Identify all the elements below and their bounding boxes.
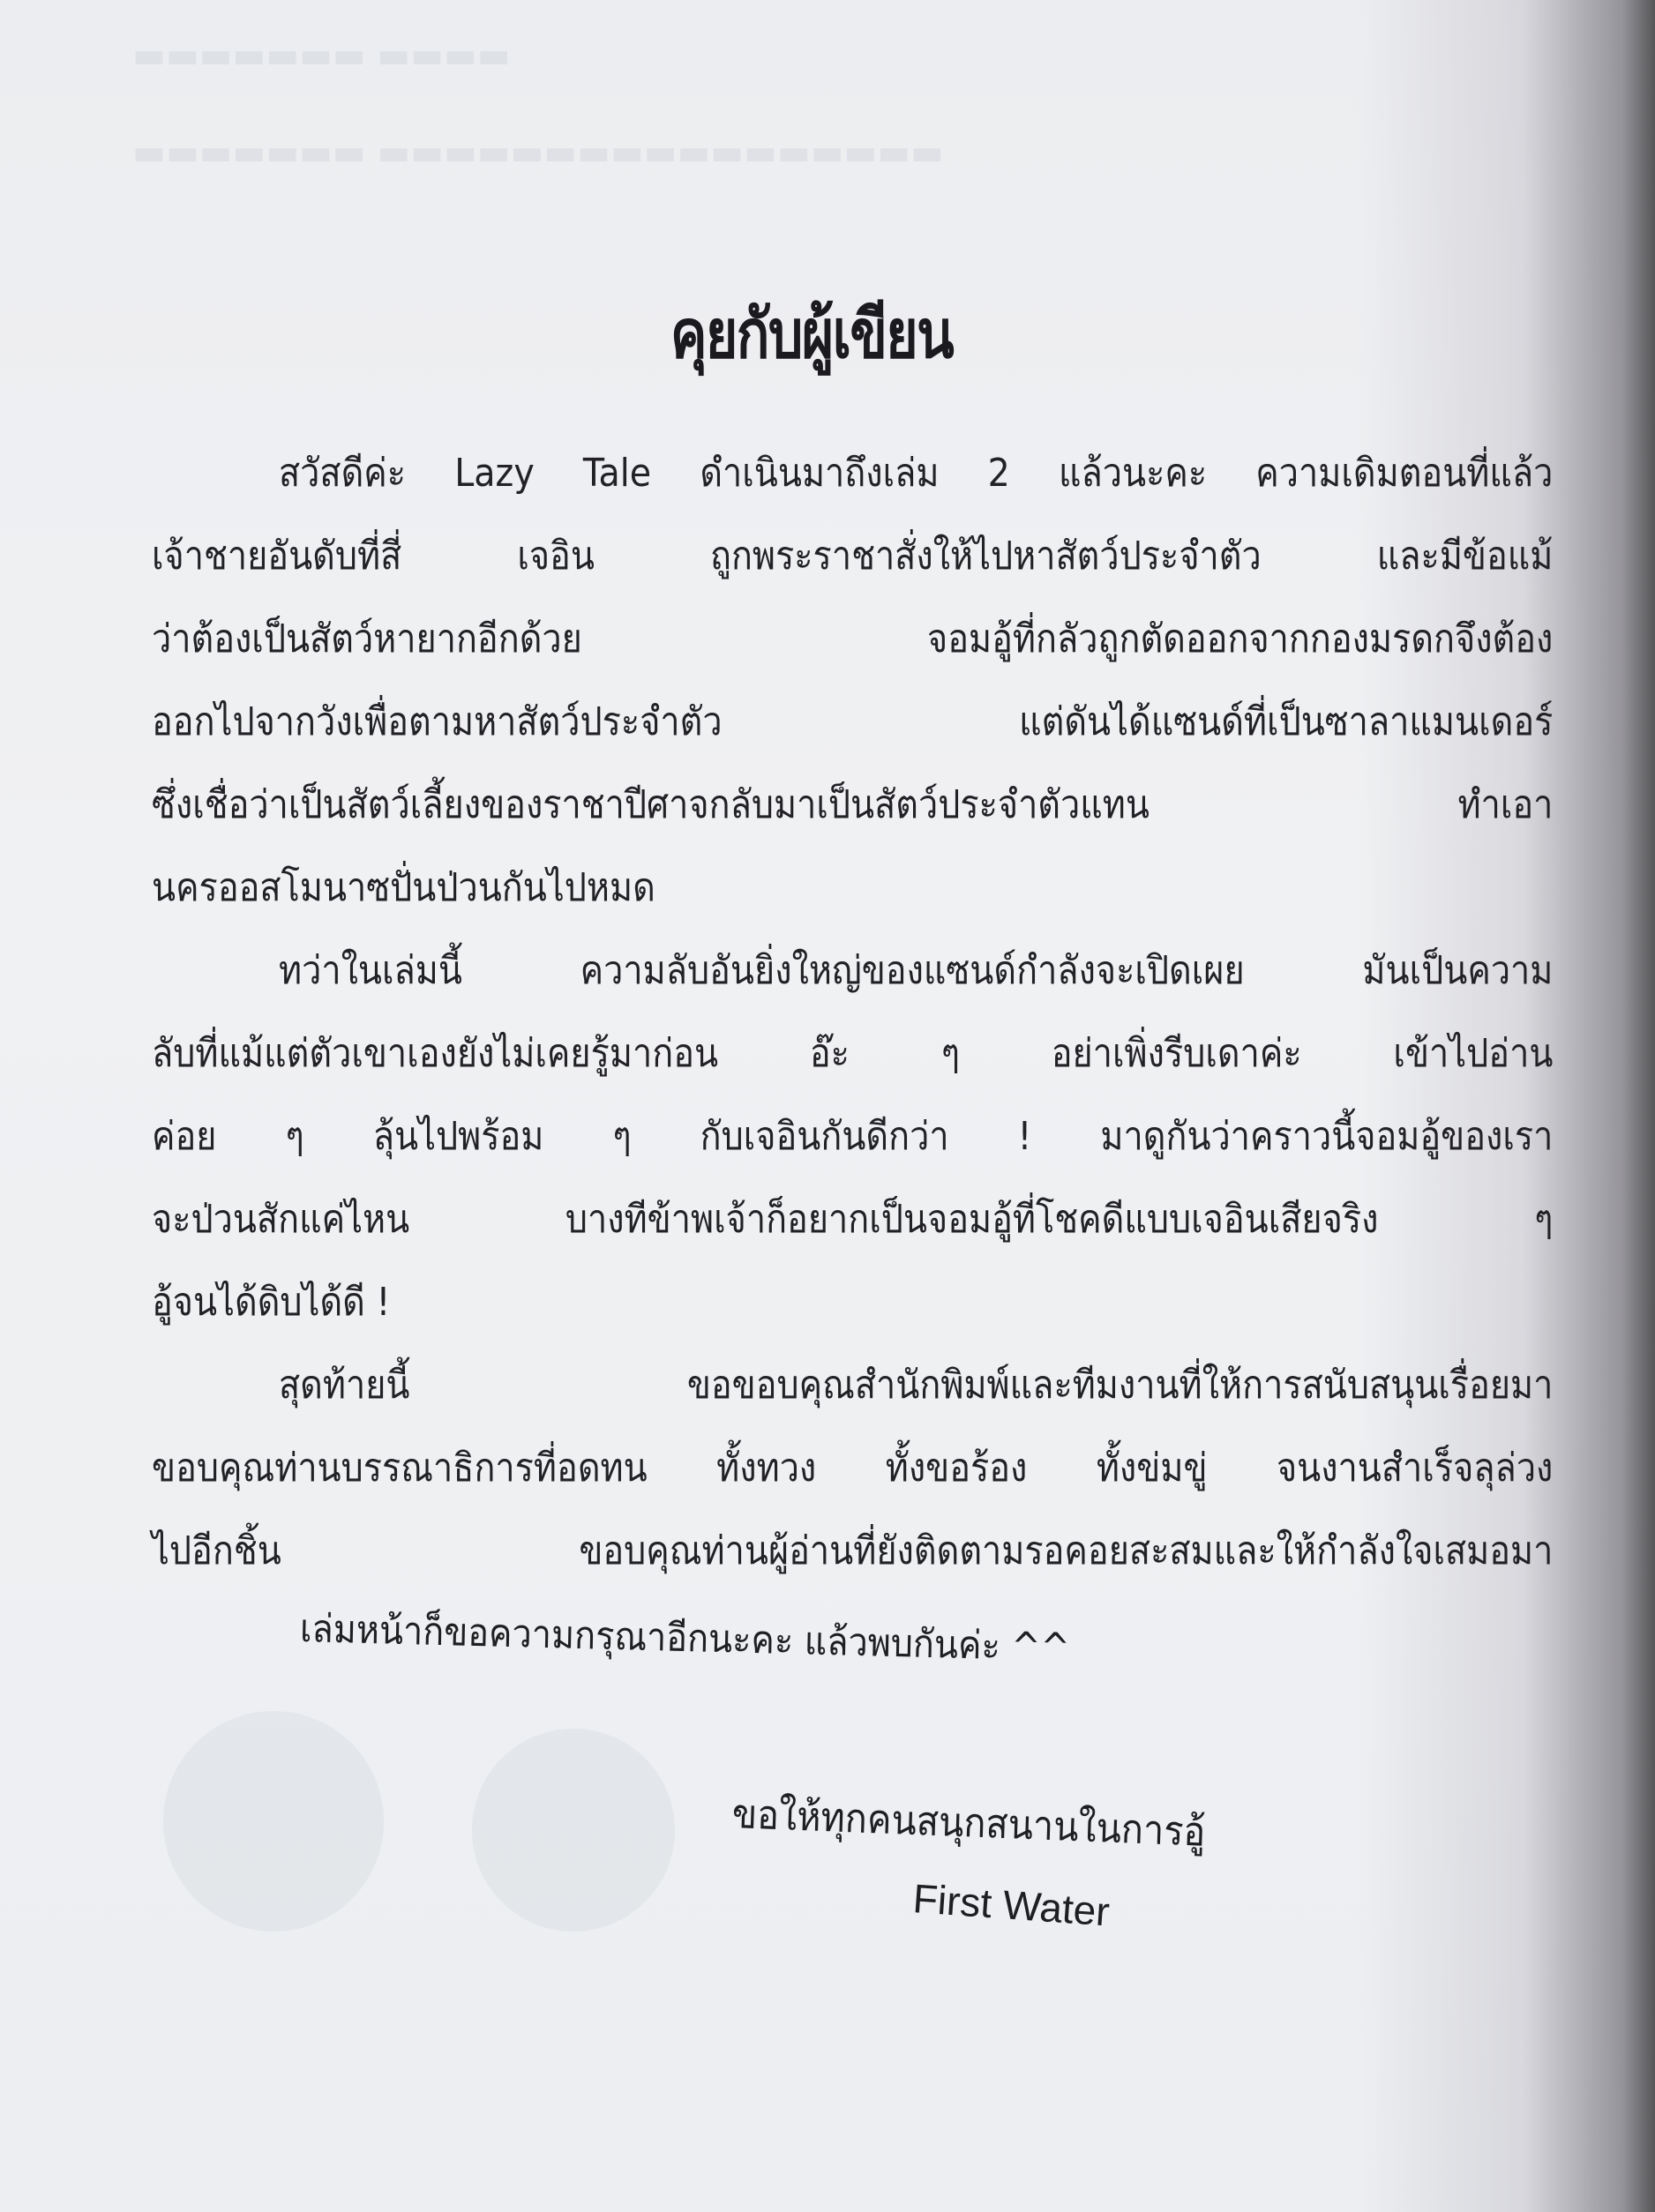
paragraph-2-line-1: ทว่าในเล่มนี้ ความลับอันยิ่งใหญ่ของแซนด์… — [152, 930, 1553, 1013]
paragraph-1-line-6: นครออสโมนาซปั่นป่วนกันไปหมด — [152, 847, 1553, 930]
paragraph-2-line-3: ค่อย ๆ ลุ้นไปพร้อม ๆ กับเจอินกันดีกว่า !… — [152, 1095, 1553, 1178]
book-page: ▬▬▬▬ ▬▬▬▬▬▬▬ ▬▬▬▬▬▬▬▬▬▬▬▬▬▬▬▬▬ ▬▬▬▬▬▬▬ ค… — [0, 0, 1655, 2212]
paragraph-2-line-4: จะป่วนสักแค่ไหน บางทีข้าพเจ้าก็อยากเป็นจ… — [152, 1178, 1553, 1261]
body-text: สวัสดีค่ะ Lazy Tale ดำเนินมาถึงเล่ม 2 แล… — [152, 432, 1554, 1593]
paragraph-1-line-3: ว่าต้องเป็นสัตว์หายากอีกด้วย จอมอู้ที่กล… — [152, 598, 1553, 681]
paragraph-2-line-5: อู้จนได้ดิบได้ดี ! — [152, 1261, 1553, 1344]
author-name: First Water — [911, 1874, 1111, 1935]
signoff: ขอให้ทุกคนสนุกสนานในการอู้ — [731, 1782, 1207, 1865]
paragraph-1-line-4: ออกไปจากวังเพื่อตามหาสัตว์ประจำตัว แต่ดั… — [152, 681, 1553, 764]
paragraph-3-line-2: ขอบคุณท่านบรรณาธิการที่อดทน ทั้งทวง ทั้ง… — [152, 1427, 1553, 1510]
paragraph-1-line-5: ซึ่งเชื่อว่าเป็นสัตว์เลี้ยงของราชาปีศาจก… — [152, 764, 1553, 847]
page-content: คุยกับผู้เขียน สวัสดีค่ะ Lazy Tale ดำเนิ… — [0, 0, 1655, 2212]
closing-line: เล่มหน้าก็ขอความกรุณาอีกนะคะ แล้วพบกันค่… — [299, 1588, 1071, 1690]
paragraph-3-line-1: สุดท้ายนี้ ขอขอบคุณสำนักพิมพ์และทีมงานที… — [152, 1344, 1553, 1427]
page-title: คุยกับผู้เขียน — [536, 281, 1086, 387]
paragraph-3-line-3: ไปอีกชิ้น ขอบคุณท่านผู้อ่านที่ยังติดตามร… — [152, 1510, 1553, 1593]
paragraph-1-line-1: สวัสดีค่ะ Lazy Tale ดำเนินมาถึงเล่ม 2 แล… — [152, 432, 1553, 515]
paragraph-2-line-2: ลับที่แม้แต่ตัวเขาเองยังไม่เคยรู้มาก่อน … — [152, 1013, 1553, 1095]
paragraph-1-line-2: เจ้าชายอันดับที่สี่ เจอิน ถูกพระราชาสั่ง… — [152, 515, 1553, 598]
